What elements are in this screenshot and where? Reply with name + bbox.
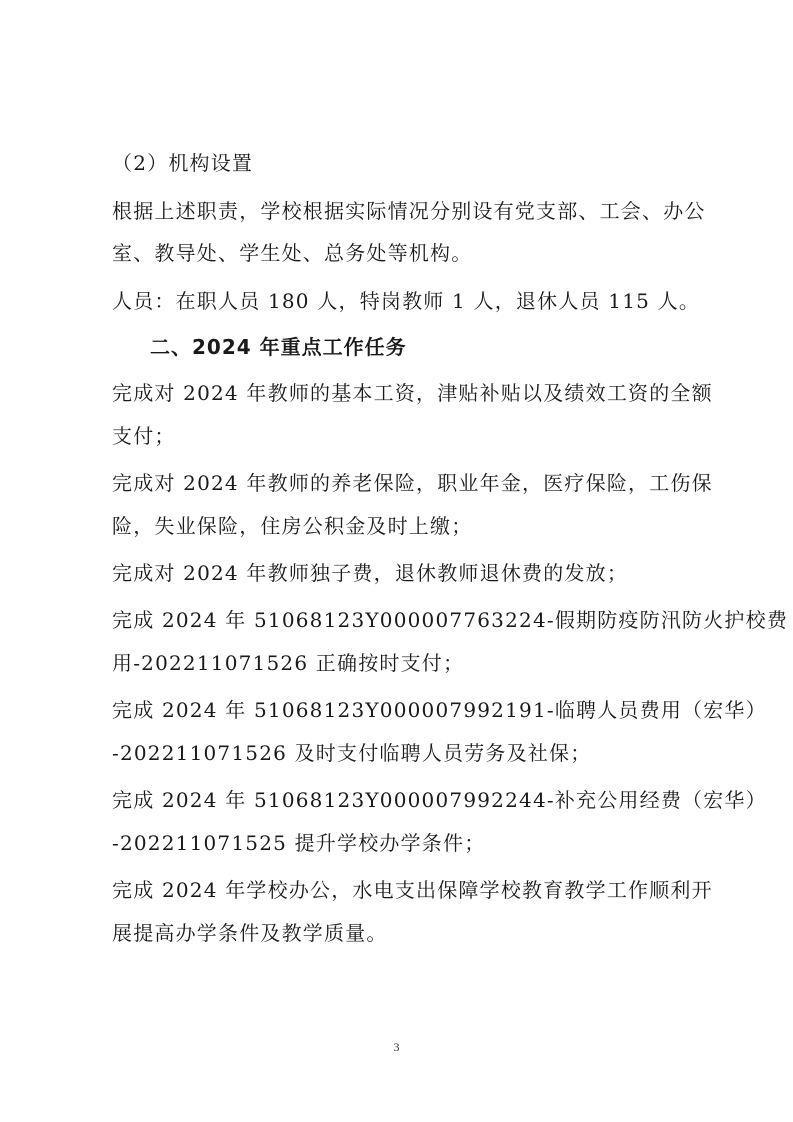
- task-item-line: 完成对 2024 年教师的基本工资，津贴补贴以及绩效工资的全额: [112, 380, 702, 406]
- task-item-line: 完成对 2024 年教师独子费，退休教师退休费的发放；: [112, 560, 702, 586]
- section-heading-tasks: 二、2024 年重点工作任务: [150, 334, 740, 360]
- task-item-line: 完成对 2024 年教师的养老保险，职业年金，医疗保险，工伤保: [112, 470, 702, 496]
- task-item-line: 完成 2024 年学校办公，水电支出保障学校教育教学工作顺利开: [112, 877, 702, 903]
- task-item-line: 完成 2024 年 51068123Y000007992191-临聘人员费用（宏…: [112, 697, 702, 723]
- subheading-org-structure: （2）机构设置: [112, 150, 702, 176]
- task-item-line: -202211071526 及时支付临聘人员劳务及社保；: [112, 740, 702, 766]
- task-item-line: 支付；: [112, 423, 702, 449]
- task-item-line: -202211071525 提升学校办学条件；: [112, 830, 702, 856]
- task-item-line: 完成 2024 年 51068123Y000007763224-假期防疫防汛防火…: [112, 607, 702, 633]
- paragraph-line: 室、教导处、学生处、总务处等机构。: [112, 240, 702, 266]
- task-item-line: 险，失业保险，住房公积金及时上缴；: [112, 513, 702, 539]
- staff-count-line: 人员：在职人员 180 人，特岗教师 1 人，退休人员 115 人。: [112, 288, 702, 314]
- task-item-line: 展提高办学条件及教学质量。: [112, 920, 702, 946]
- paragraph-line: 根据上述职责，学校根据实际情况分别设有党支部、工会、办公: [112, 198, 702, 224]
- task-item-line: 完成 2024 年 51068123Y000007992244-补充公用经费（宏…: [112, 787, 702, 813]
- page-number: 3: [0, 1040, 793, 1055]
- task-item-line: 用-202211071526 正确按时支付；: [112, 650, 702, 676]
- document-page: （2）机构设置 根据上述职责，学校根据实际情况分别设有党支部、工会、办公 室、教…: [0, 0, 793, 1122]
